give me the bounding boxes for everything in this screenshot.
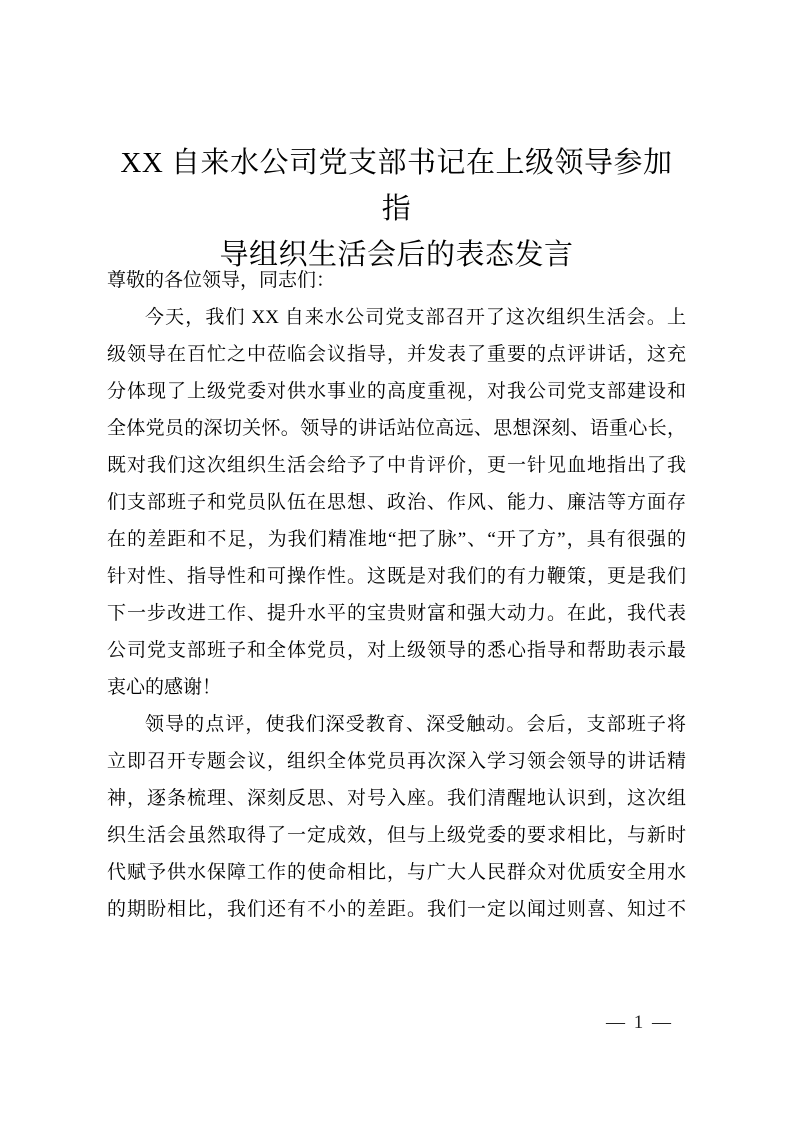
text-line: 的期盼相比，我们还有不小的差距。我们一定以闻过则喜、知过不 xyxy=(107,891,686,928)
text-line: 分体现了上级党委对供水事业的高度重视，对我公司党支部建设和 xyxy=(107,373,686,410)
text-line: 针对性、指导性和可操作性。这既是对我们的有力鞭策，更是我们 xyxy=(107,558,686,595)
text-line: 公司党支部班子和全体党员，对上级领导的悉心指导和帮助表示最 xyxy=(107,632,686,669)
paragraph: 今天，我们 XX 自来水公司党支部召开了这次组织生活会。上级领导在百忙之中莅临会… xyxy=(107,299,686,706)
page-number: — 1 — xyxy=(606,1011,673,1035)
text-line: 今天，我们 XX 自来水公司党支部召开了这次组织生活会。上 xyxy=(107,299,686,336)
document-title: XX 自来水公司党支部书记在上级领导参加指 导组织生活会后的表态发言 xyxy=(107,140,686,278)
text-line: 衷心的感谢！ xyxy=(107,669,686,706)
text-line: 领导的点评，使我们深受教育、深受触动。会后，支部班子将 xyxy=(107,706,686,743)
text-line: 立即召开专题会议，组织全体党员再次深入学习领会领导的讲话精 xyxy=(107,743,686,780)
title-line-1: XX 自来水公司党支部书记在上级领导参加指 xyxy=(107,140,686,232)
paragraphs: 今天，我们 XX 自来水公司党支部召开了这次组织生活会。上级领导在百忙之中莅临会… xyxy=(107,299,686,928)
text-line: 们支部班子和党员队伍在思想、政治、作风、能力、廉洁等方面存 xyxy=(107,484,686,521)
text-line: 在的差距和不足，为我们精准地“把了脉”、“开了方”，具有很强的 xyxy=(107,521,686,558)
document-body: 尊敬的各位领导，同志们： 今天，我们 XX 自来水公司党支部召开了这次组织生活会… xyxy=(107,262,686,928)
salutation: 尊敬的各位领导，同志们： xyxy=(107,262,686,299)
text-line: 全体党员的深切关怀。领导的讲话站位高远、思想深刻、语重心长， xyxy=(107,410,686,447)
text-line: 织生活会虽然取得了一定成效，但与上级党委的要求相比，与新时 xyxy=(107,817,686,854)
text-line: 下一步改进工作、提升水平的宝贵财富和强大动力。在此，我代表 xyxy=(107,595,686,632)
document-page: XX 自来水公司党支部书记在上级领导参加指 导组织生活会后的表态发言 尊敬的各位… xyxy=(0,0,793,1122)
text-line: 代赋予供水保障工作的使命相比，与广大人民群众对优质安全用水 xyxy=(107,854,686,891)
text-line: 既对我们这次组织生活会给予了中肯评价，更一针见血地指出了我 xyxy=(107,447,686,484)
text-line: 神，逐条梳理、深刻反思、对号入座。我们清醒地认识到，这次组 xyxy=(107,780,686,817)
text-line: 级领导在百忙之中莅临会议指导，并发表了重要的点评讲话，这充 xyxy=(107,336,686,373)
paragraph: 领导的点评，使我们深受教育、深受触动。会后，支部班子将立即召开专题会议，组织全体… xyxy=(107,706,686,928)
